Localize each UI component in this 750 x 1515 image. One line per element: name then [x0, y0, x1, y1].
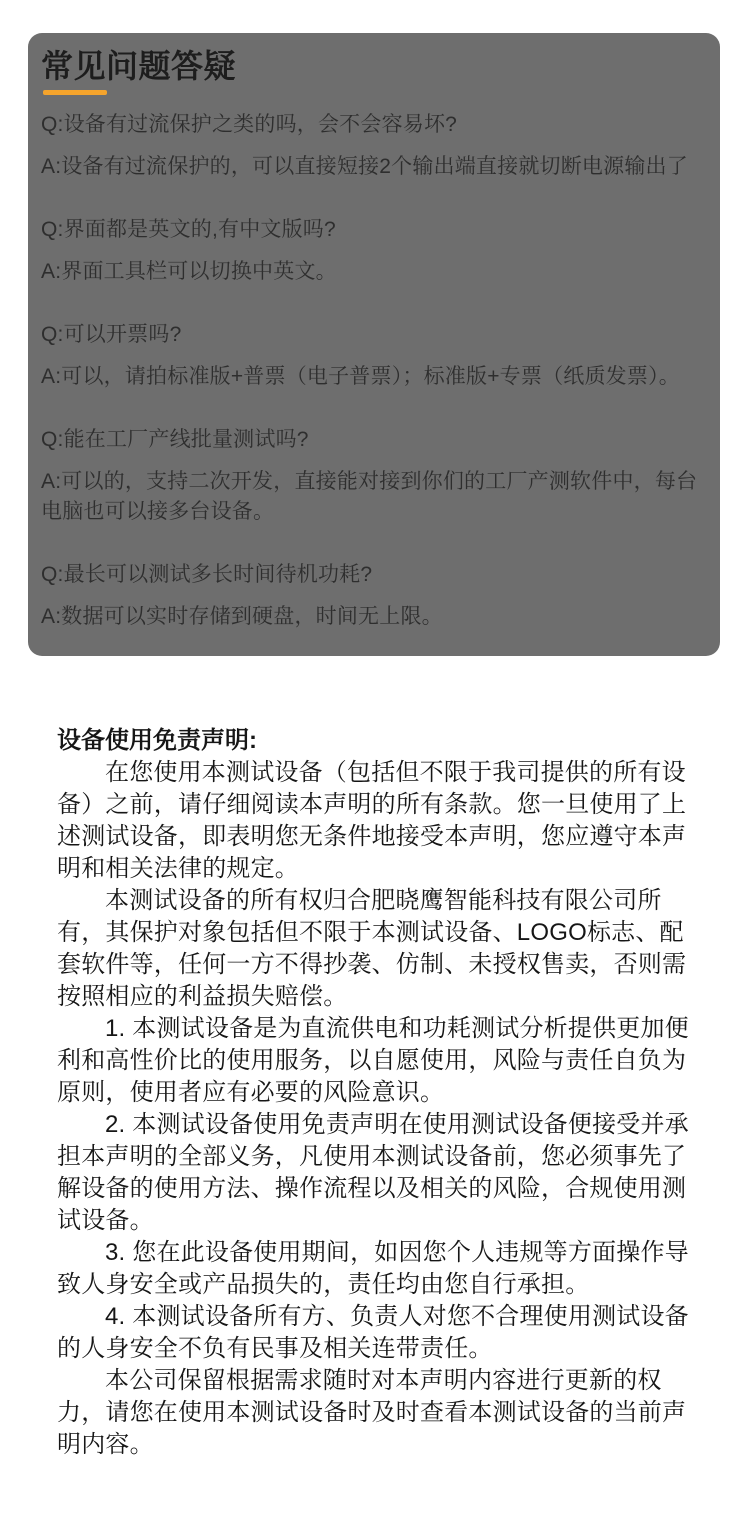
faq-question: Q:最长可以测试多长时间待机功耗? [41, 560, 706, 590]
faq-title-underline [43, 90, 107, 95]
disclaimer-section: 设备使用免责声明: 在您使用本测试设备（包括但不限于我司提供的所有设备）之前，请… [57, 725, 707, 1461]
faq-answer: A:设备有过流保护的，可以直接短接2个输出端直接就切断电源输出了 [41, 152, 706, 182]
faq-question: Q:能在工厂产线批量测试吗? [41, 425, 706, 455]
faq-item: Q:界面都是英文的,有中文版吗? A:界面工具栏可以切换中英文。 [41, 215, 706, 287]
faq-list: Q:设备有过流保护之类的吗，会不会容易坏? A:设备有过流保护的，可以直接短接2… [41, 110, 706, 632]
faq-question: Q:界面都是英文的,有中文版吗? [41, 215, 706, 245]
faq-question: Q:可以开票吗? [41, 320, 706, 350]
disclaimer-paragraph: 在您使用本测试设备（包括但不限于我司提供的所有设备）之前，请仔细阅读本声明的所有… [57, 757, 707, 885]
disclaimer-paragraph: 本公司保留根据需求随时对本声明内容进行更新的权力，请您在使用本测试设备时及时查看… [57, 1365, 707, 1461]
faq-question: Q:设备有过流保护之类的吗，会不会容易坏? [41, 110, 706, 140]
disclaimer-paragraph: 本测试设备的所有权归合肥晓鹰智能科技有限公司所有，其保护对象包括但不限于本测试设… [57, 885, 707, 1013]
faq-item: Q:能在工厂产线批量测试吗? A:可以的，支持二次开发，直接能对接到你们的工厂产… [41, 425, 706, 527]
disclaimer-paragraph: 1. 本测试设备是为直流供电和功耗测试分析提供更加便利和高性价比的使用服务，以自… [57, 1013, 707, 1109]
faq-card: 常见问题答疑 Q:设备有过流保护之类的吗，会不会容易坏? A:设备有过流保护的，… [28, 33, 720, 656]
disclaimer-body: 在您使用本测试设备（包括但不限于我司提供的所有设备）之前，请仔细阅读本声明的所有… [57, 757, 707, 1461]
disclaimer-paragraph: 3. 您在此设备使用期间，如因您个人违规等方面操作导致人身安全或产品损失的，责任… [57, 1237, 707, 1301]
faq-answer: A:数据可以实时存储到硬盘，时间无上限。 [41, 602, 706, 632]
disclaimer-heading: 设备使用免责声明: [57, 725, 707, 757]
faq-title: 常见问题答疑 [41, 48, 706, 85]
faq-answer: A:界面工具栏可以切换中英文。 [41, 257, 706, 287]
faq-item: Q:设备有过流保护之类的吗，会不会容易坏? A:设备有过流保护的，可以直接短接2… [41, 110, 706, 182]
faq-answer: A:可以，请拍标准版+普票（电子普票）；标准版+专票（纸质发票）。 [41, 362, 706, 392]
faq-item: Q:可以开票吗? A:可以，请拍标准版+普票（电子普票）；标准版+专票（纸质发票… [41, 320, 706, 392]
faq-answer: A:可以的，支持二次开发，直接能对接到你们的工厂产测软件中，每台电脑也可以接多台… [41, 467, 706, 527]
product-description-page: 常见问题答疑 Q:设备有过流保护之类的吗，会不会容易坏? A:设备有过流保护的，… [0, 0, 750, 1515]
disclaimer-paragraph: 2. 本测试设备使用免责声明在使用测试设备便接受并承担本声明的全部义务，凡使用本… [57, 1109, 707, 1237]
faq-item: Q:最长可以测试多长时间待机功耗? A:数据可以实时存储到硬盘，时间无上限。 [41, 560, 706, 632]
disclaimer-paragraph: 4. 本测试设备所有方、负责人对您不合理使用测试设备的人身安全不负有民事及相关连… [57, 1301, 707, 1365]
